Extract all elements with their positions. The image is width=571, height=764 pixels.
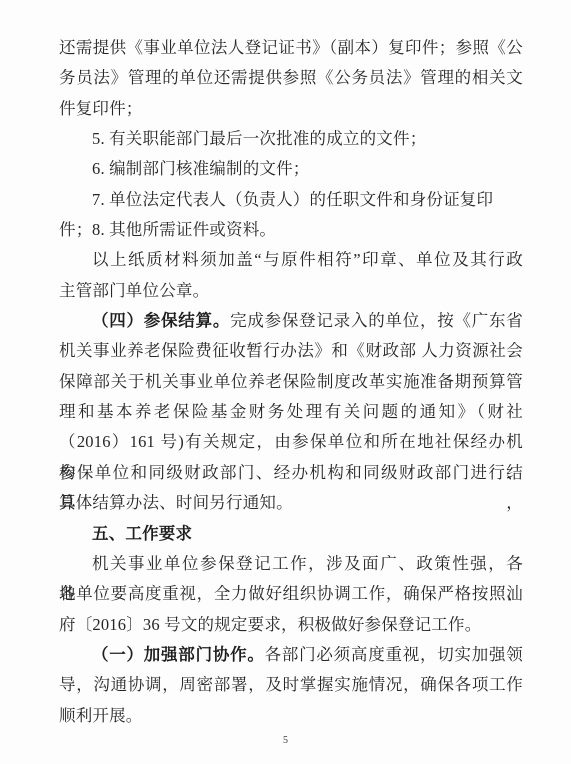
line-text: 完成参保登记录入的单位，按《广东省 [230,311,523,330]
list-item-line: 7. 单位法定代表人（负责人）的任职文件和身份证复印件； [59,185,523,215]
line-text: 各单位要高度重视，全力做好组织协调工作，确保严格按照汕 [59,584,523,603]
text-line: 以上纸质材料须加盖“与原件相符”印章、单位及其行政 [59,245,523,275]
document-body: 还需提供《事业单位法人登记证书》（副本）复印件；参照《公 务员法》管理的单位还需… [59,33,523,731]
text-line: 各单位要高度重视，全力做好组织协调工作，确保严格按照汕 [59,579,523,609]
page-number: 5 [0,735,571,746]
line-text: 件复印件； [59,99,143,118]
line-text: 5. 有关职能部门最后一次批准的成立的文件； [92,129,426,148]
text-line: （2016）161 号)有关规定，由参保单位和所在地社保经办机构、 [59,427,523,457]
line-text: 具体结算办法、时间另行通知。 [59,493,293,512]
list-item-line: 5. 有关职能部门最后一次批准的成立的文件； [59,124,523,154]
line-text: 还需提供《事业单位法人登记证书》（副本）复印件；参照《公 [59,38,523,57]
text-line: 件复印件； [59,94,523,124]
text-line: 顺利开展。 [59,701,523,731]
text-line: 参保单位和同级财政部门、经办机构和同级财政部门进行结算， [59,458,523,488]
list-item-line: 6. 编制部门核准编制的文件； [59,154,523,184]
line-text: 机关事业养老保险费征收暂行办法》和《财政部 人力资源社会 [59,341,523,360]
text-line: （一）加强部门协作。各部门必须高度重视，切实加强领 [59,640,523,670]
scanned-document-page: 还需提供《事业单位法人登记证书》（副本）复印件；参照《公 务员法》管理的单位还需… [0,0,571,764]
text-line: 主管部门单位公章。 [59,276,523,306]
text-line: 机关事业单位参保登记工作，涉及面广、政策性强，各地、 [59,549,523,579]
line-text: 顺利开展。 [59,706,143,725]
heading-text: 五、工作要求 [92,524,192,543]
line-text: 8. 其他所需证件或资料。 [92,220,276,239]
text-line: （四）参保结算。完成参保登记录入的单位，按《广东省 [59,306,523,336]
line-text: 以上纸质材料须加盖“与原件相符”印章、单位及其行政 [92,250,523,269]
list-item-line: 8. 其他所需证件或资料。 [59,215,523,245]
text-line: 保障部关于机关事业单位养老保险制度改革实施准备期预算管 [59,367,523,397]
text-line: 还需提供《事业单位法人登记证书》（副本）复印件；参照《公 [59,33,523,63]
line-text: 主管部门单位公章。 [59,281,209,300]
line-text: 务员法》管理的单位还需提供参照《公务员法》管理的相关文 [59,68,523,87]
line-bold-lead: （一）加强部门协作。 [92,645,265,664]
line-text: 保障部关于机关事业单位养老保险制度改革实施准备期预算管 [59,372,523,391]
text-line: 务员法》管理的单位还需提供参照《公务员法》管理的相关文 [59,63,523,93]
text-line: 府〔2016〕36 号文的规定要求，积极做好参保登记工作。 [59,610,523,640]
line-text: 各部门必须高度重视，切实加强领 [265,645,523,664]
line-text: 府〔2016〕36 号文的规定要求，积极做好参保登记工作。 [59,615,481,634]
text-line: 导，沟通协调，周密部署，及时掌握实施情况，确保各项工作 [59,670,523,700]
section-heading: 五、工作要求 [59,519,523,549]
line-text: 导，沟通协调，周密部署，及时掌握实施情况，确保各项工作 [59,675,523,694]
line-bold-lead: （四）参保结算。 [92,311,230,330]
line-text: 6. 编制部门核准编制的文件； [92,159,310,178]
text-line: 机关事业养老保险费征收暂行办法》和《财政部 人力资源社会 [59,336,523,366]
text-line: 理和基本养老保险基金财务处理有关问题的通知》（财社 [59,397,523,427]
line-text: 理和基本养老保险基金财务处理有关问题的通知》（财社 [59,402,523,421]
